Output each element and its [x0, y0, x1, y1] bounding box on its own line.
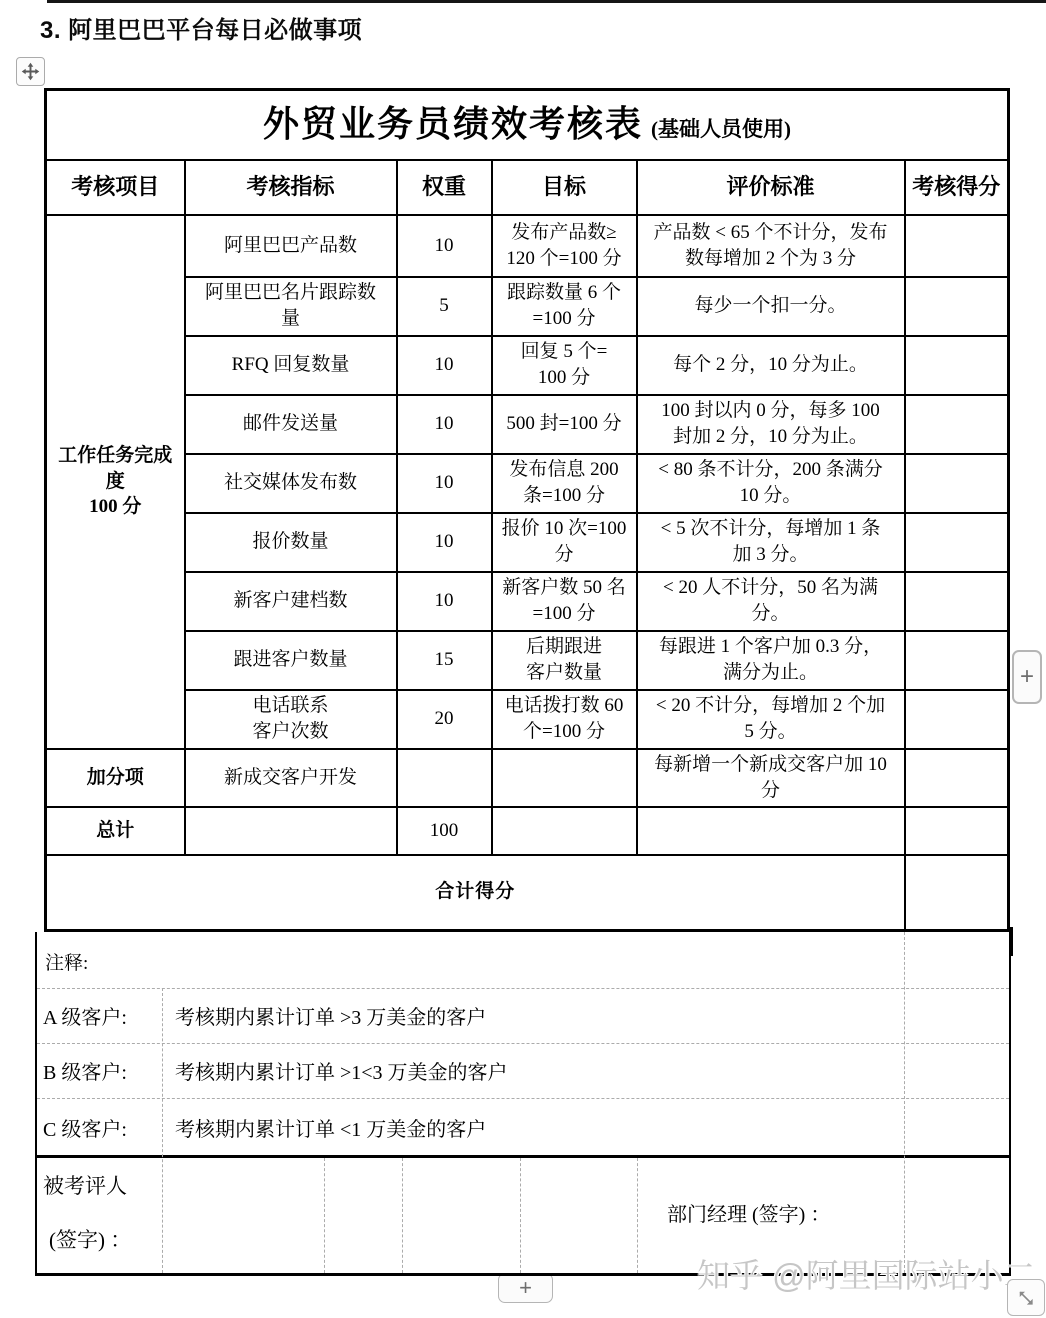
resize-diagonal-icon: [1016, 1288, 1036, 1308]
cell-score-0: [905, 215, 1009, 277]
cell-weight-2: 10: [397, 336, 492, 395]
cell-target-6: 新客户数 50 名 =100 分: [492, 572, 637, 631]
bonus-standard: 每新增一个新成交客户加 10 分: [637, 749, 905, 807]
table-resize-handle[interactable]: [1007, 1279, 1045, 1316]
bonus-weight: [397, 749, 492, 807]
cell-weight-0: 10: [397, 215, 492, 277]
solid-divider: [37, 1155, 1009, 1158]
add-column-button[interactable]: +: [1012, 650, 1042, 704]
cell-score-6: [905, 572, 1009, 631]
table-title-suffix: (基础人员使用): [651, 117, 791, 141]
table-row: 报价数量 10 报价 10 次=100 分 < 5 次不计分，每增加 1 条 加…: [46, 513, 1009, 572]
total-standard: [637, 807, 905, 855]
cell-indicator-8: 电话联系 客户次数: [185, 690, 397, 749]
notes-title: 注释:: [45, 948, 88, 975]
top-rule: [47, 0, 1046, 3]
bonus-category: 加分项: [46, 749, 185, 807]
appraisal-table: 外贸业务员绩效考核表(基础人员使用) 考核项目 考核指标 权重 目标 评价标准 …: [44, 88, 1010, 932]
table-row: 邮件发送量 10 500 封=100 分 100 封以内 0 分，每多 100 …: [46, 395, 1009, 454]
note-desc-c: 考核期内累计订单 <1 万美金的客户: [175, 1113, 486, 1142]
section-heading: 3. 阿里巴巴平台每日必做事项: [40, 10, 362, 45]
dashed-gridline: [324, 1158, 325, 1273]
header-indicator: 考核指标: [185, 160, 397, 215]
dashed-gridline: [637, 1158, 638, 1273]
table-title-cell: 外贸业务员绩效考核表(基础人员使用): [46, 90, 1009, 160]
note-desc-a: 考核期内累计订单 >3 万美金的客户: [175, 1001, 486, 1030]
header-category: 考核项目: [46, 160, 185, 215]
move-arrows-icon: [20, 61, 41, 82]
bonus-target: [492, 749, 637, 807]
cell-standard-0: 产品数 < 65 个不计分，发布 数每增加 2 个为 3 分: [637, 215, 905, 277]
sum-row: 合计得分: [46, 855, 1009, 931]
cell-weight-7: 15: [397, 631, 492, 690]
cell-score-5: [905, 513, 1009, 572]
total-indicator: [185, 807, 397, 855]
table-row: 跟进客户数量 15 后期跟进 客户数量 每跟进 1 个客户加 0.3 分， 满分…: [46, 631, 1009, 690]
cell-weight-3: 10: [397, 395, 492, 454]
sum-label: 合计得分: [46, 855, 905, 931]
cell-indicator-3: 邮件发送量: [185, 395, 397, 454]
cell-score-8: [905, 690, 1009, 749]
cell-indicator-5: 报价数量: [185, 513, 397, 572]
dashed-gridline: [402, 1158, 403, 1273]
cell-standard-3: 100 封以内 0 分，每多 100 封加 2 分，10 分为止。: [637, 395, 905, 454]
cell-standard-1: 每少一个扣一分。: [637, 277, 905, 336]
cell-weight-4: 10: [397, 454, 492, 513]
cell-indicator-1: 阿里巴巴名片跟踪数 量: [185, 277, 397, 336]
total-weight: 100: [397, 807, 492, 855]
header-score: 考核得分: [905, 160, 1009, 215]
cell-indicator-4: 社交媒体发布数: [185, 454, 397, 513]
assessee-label: 被考评人: [43, 1170, 127, 1200]
dashed-gridline: [520, 1158, 521, 1273]
total-score: [905, 807, 1009, 855]
cell-target-2: 回复 5 个= 100 分: [492, 336, 637, 395]
cell-standard-4: < 80 条不计分，200 条满分 10 分。: [637, 454, 905, 513]
cell-score-3: [905, 395, 1009, 454]
dashed-gridline: [37, 1098, 1009, 1099]
cell-standard-2: 每个 2 分，10 分为止。: [637, 336, 905, 395]
dashed-gridline: [37, 988, 1009, 989]
table-move-handle[interactable]: [16, 57, 45, 86]
sum-score-cell: [905, 855, 1009, 931]
header-target: 目标: [492, 160, 637, 215]
cell-weight-5: 10: [397, 513, 492, 572]
cell-indicator-6: 新客户建档数: [185, 572, 397, 631]
watermark-text: 知乎 @阿里国际站小二: [697, 1250, 1037, 1297]
cell-indicator-2: RFQ 回复数量: [185, 336, 397, 395]
plus-icon: +: [519, 1277, 532, 1299]
cell-score-1: [905, 277, 1009, 336]
add-row-button[interactable]: +: [498, 1273, 553, 1303]
cell-score-2: [905, 336, 1009, 395]
cell-indicator-7: 跟进客户数量: [185, 631, 397, 690]
document-page: { "page": { "heading": "3. 阿里巴巴平台每日必做事项"…: [0, 0, 1046, 1318]
cell-target-8: 电话拨打数 60 个=100 分: [492, 690, 637, 749]
table-row: 阿里巴巴名片跟踪数 量 5 跟踪数量 6 个 =100 分 每少一个扣一分。: [46, 277, 1009, 336]
cell-standard-6: < 20 人不计分，50 名为满 分。: [637, 572, 905, 631]
cell-target-5: 报价 10 次=100 分: [492, 513, 637, 572]
cell-score-7: [905, 631, 1009, 690]
note-desc-b: 考核期内累计订单 >1<3 万美金的客户: [175, 1056, 508, 1085]
header-weight: 权重: [397, 160, 492, 215]
cell-weight-1: 5: [397, 277, 492, 336]
total-row: 总计 100: [46, 807, 1009, 855]
assessee-sign-label: (签字) ：: [49, 1224, 131, 1254]
cell-target-7: 后期跟进 客户数量: [492, 631, 637, 690]
cell-indicator-0: 阿里巴巴产品数: [185, 215, 397, 277]
plus-icon: +: [1020, 665, 1034, 689]
bonus-row: 加分项 新成交客户开发 每新增一个新成交客户加 10 分: [46, 749, 1009, 807]
total-target: [492, 807, 637, 855]
cell-standard-5: < 5 次不计分，每增加 1 条 加 3 分。: [637, 513, 905, 572]
table-row: 新客户建档数 10 新客户数 50 名 =100 分 < 20 人不计分，50 …: [46, 572, 1009, 631]
cell-target-0: 发布产品数≥ 120 个=100 分: [492, 215, 637, 277]
cell-target-3: 500 封=100 分: [492, 395, 637, 454]
note-label-b: B 级客户:: [43, 1056, 127, 1085]
cell-weight-6: 10: [397, 572, 492, 631]
cell-target-1: 跟踪数量 6 个 =100 分: [492, 277, 637, 336]
cell-standard-7: 每跟进 1 个客户加 0.3 分， 满分为止。: [637, 631, 905, 690]
total-category: 总计: [46, 807, 185, 855]
table-row: 电话联系 客户次数 20 电话拨打数 60 个=100 分 < 20 不计分，每…: [46, 690, 1009, 749]
table-row: RFQ 回复数量 10 回复 5 个= 100 分 每个 2 分，10 分为止。: [46, 336, 1009, 395]
note-label-a: A 级客户:: [43, 1001, 127, 1030]
bonus-indicator: 新成交客户开发: [185, 749, 397, 807]
table-row: 社交媒体发布数 10 发布信息 200 条=100 分 < 80 条不计分，20…: [46, 454, 1009, 513]
note-label-c: C 级客户:: [43, 1113, 127, 1142]
dashed-gridline: [162, 988, 163, 1273]
dashed-gridline: [904, 932, 905, 1273]
cell-weight-8: 20: [397, 690, 492, 749]
table-row: 工作任务完成 度 100 分 阿里巴巴产品数 10 发布产品数≥ 120 个=1…: [46, 215, 1009, 277]
table-title: 外贸业务员绩效考核表: [263, 104, 643, 144]
notes-section: 注释: A 级客户: 考核期内累计订单 >3 万美金的客户 B 级客户: 考核期…: [35, 932, 1011, 1276]
dashed-gridline: [37, 1043, 1009, 1044]
cell-score-4: [905, 454, 1009, 513]
category-cell: 工作任务完成 度 100 分: [46, 215, 185, 749]
cell-standard-8: < 20 不计分，每增加 2 个加 5 分。: [637, 690, 905, 749]
manager-sign-label: 部门经理 (签字) ：: [667, 1198, 830, 1227]
bonus-score: [905, 749, 1009, 807]
cell-target-4: 发布信息 200 条=100 分: [492, 454, 637, 513]
header-standard: 评价标准: [637, 160, 905, 215]
